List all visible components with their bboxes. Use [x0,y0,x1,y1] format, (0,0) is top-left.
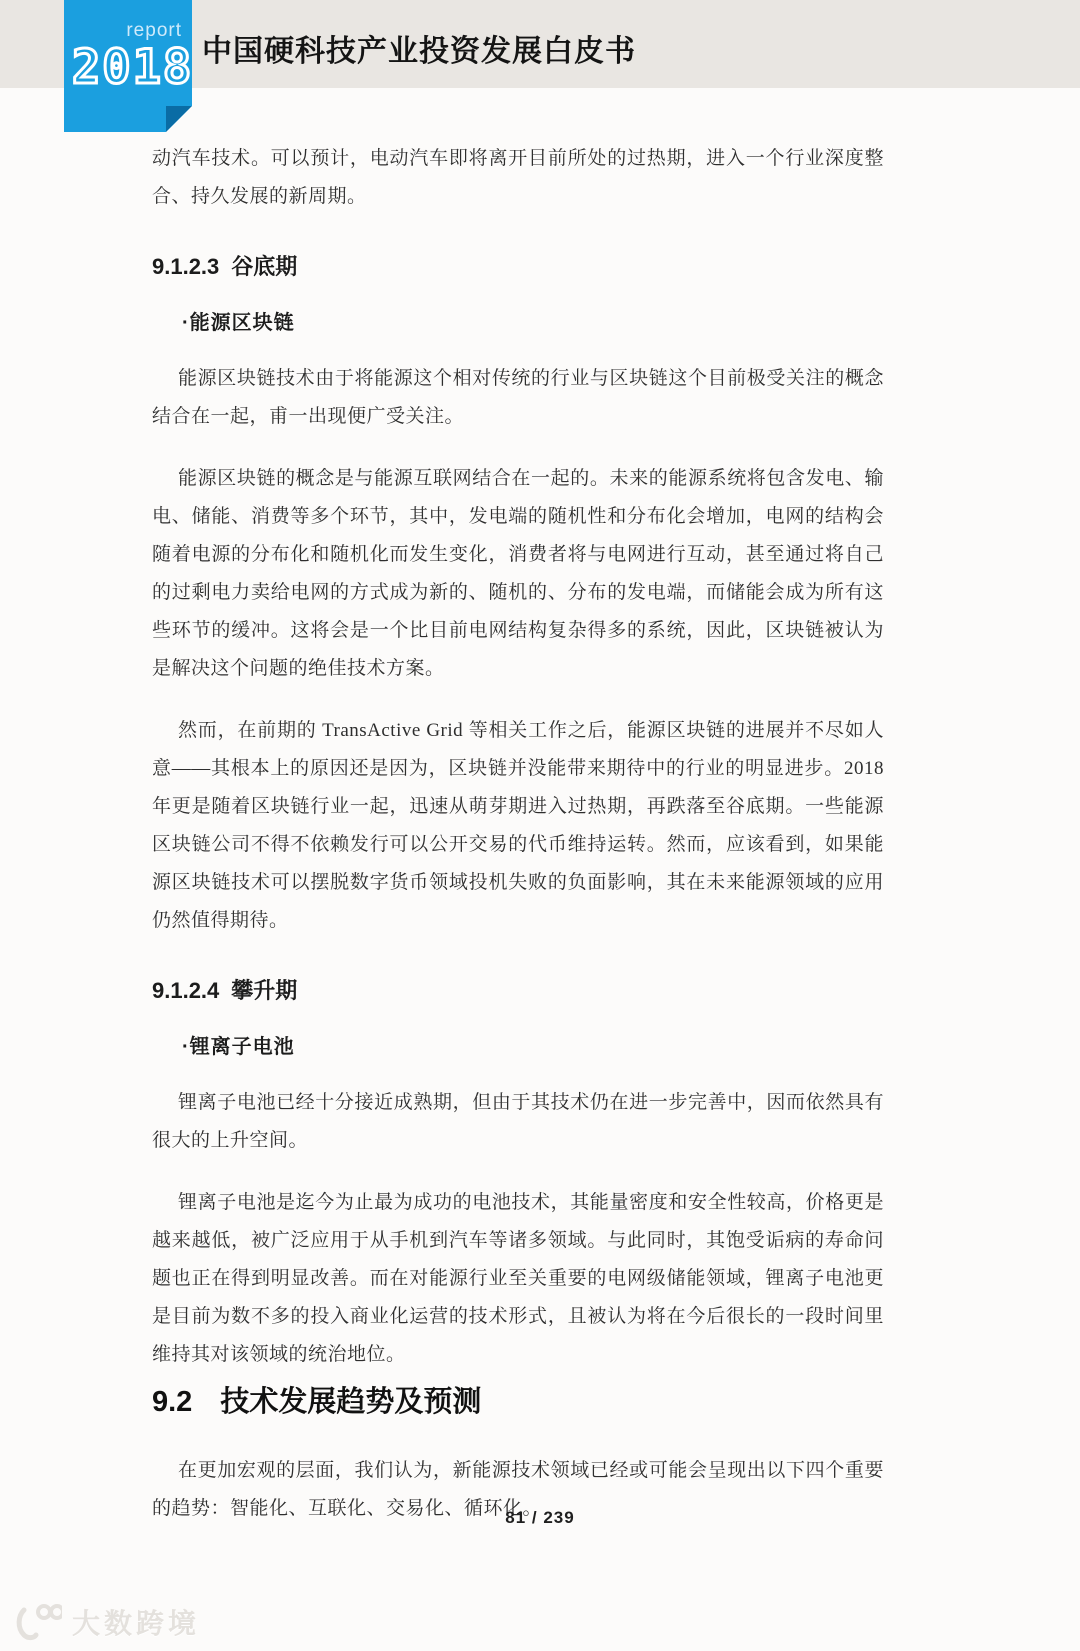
paragraph-lithium-success: 锂离子电池是迄今为止最为成功的电池技术，其能量密度和安全性较高，价格更是越来越低… [152,1184,884,1374]
heading-9-1-2-4: 9.1.2.4攀升期 [152,976,884,1006]
paragraph-transactive-grid: 然而，在前期的 TransActive Grid 等相关工作之后，能源区块链的进… [152,712,884,940]
document-page: 中国硬科技产业投资发展白皮书 report 2018 动汽车技术。可以预计，电动… [0,0,1080,1651]
bullet-energy-blockchain: ·能源区块链 [182,308,884,338]
heading-number: 9.1.2.3 [152,254,219,279]
heading-9-2: 9.2技术发展趋势及预测 [152,1382,884,1422]
paragraph-energy-blockchain-concept: 能源区块链的概念是与能源互联网结合在一起的。未来的能源系统将包含发电、输电、储能… [152,460,884,688]
badge-year-label: 2018 [72,40,193,95]
badge-report-label: report [126,20,182,42]
heading-label: 攀升期 [231,978,297,1003]
watermark: 大数跨境 [14,1602,200,1642]
page-number: 81 / 239 [0,1508,1080,1528]
watermark-text: 大数跨境 [72,1602,200,1642]
paragraph-energy-blockchain-intro: 能源区块链技术由于将能源这个相对传统的行业与区块链这个目前极受关注的概念结合在一… [152,360,884,436]
heading-label: 谷底期 [231,254,297,279]
dashu-logo-icon [14,1602,62,1642]
paragraph-electric-vehicle: 动汽车技术。可以预计，电动汽车即将离开目前所处的过热期，进入一个行业深度整合、持… [152,140,884,216]
report-2018-badge: report 2018 [64,0,192,132]
document-body: 动汽车技术。可以预计，电动汽车即将离开目前所处的过热期，进入一个行业深度整合、持… [0,88,1080,1552]
heading-9-1-2-3: 9.1.2.3谷底期 [152,252,884,282]
heading-label: 技术发展趋势及预测 [220,1386,481,1418]
document-title: 中国硬科技产业投资发展白皮书 [202,26,636,70]
heading-number: 9.1.2.4 [152,978,219,1003]
bullet-lithium-battery: ·锂离子电池 [182,1032,884,1062]
paragraph-lithium-maturity: 锂离子电池已经十分接近成熟期，但由于其技术仍在进一步完善中，因而依然具有很大的上… [152,1084,884,1160]
heading-number: 9.2 [152,1386,192,1418]
